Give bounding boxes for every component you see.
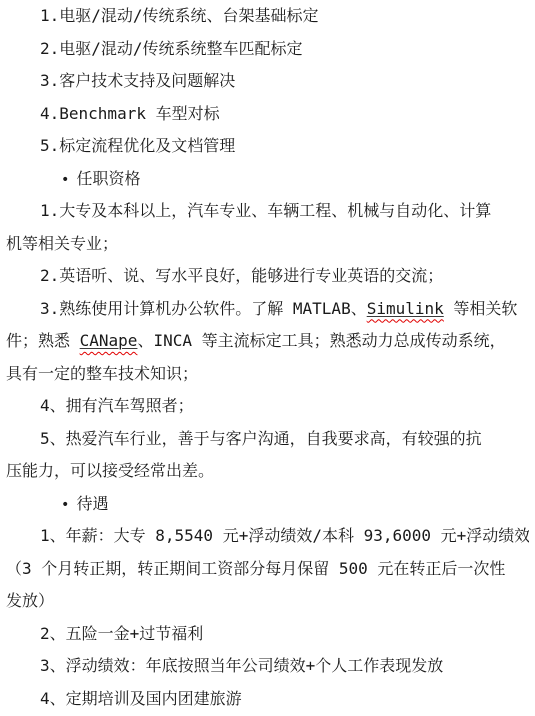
requirement-line-3a-pre: 3.熟练使用计算机办公软件。了解 MATLAB、 xyxy=(40,299,367,318)
spellcheck-squiggle: CANape xyxy=(80,331,138,350)
requirement-line-3a: 3.熟练使用计算机办公软件。了解 MATLAB、Simulink 等相关软 xyxy=(6,293,529,326)
benefit-line-1c: 发放） xyxy=(6,585,529,618)
requirement-line-5b: 压能力，可以接受经常出差。 xyxy=(6,455,529,488)
bullet-icon: • xyxy=(61,164,69,196)
duty-line-3: 3.客户技术支持及问题解决 xyxy=(6,65,529,98)
flagged-word-canape: CANape xyxy=(80,331,138,350)
duty-line-2: 2.电驱/混动/传统系统整车匹配标定 xyxy=(6,33,529,66)
requirement-line-3b: 件；熟悉 CANape、INCA 等主流标定工具；熟悉动力总成传动系统， xyxy=(6,325,529,358)
duty-line-5: 5.标定流程优化及文档管理 xyxy=(6,130,529,163)
duty-line-4: 4.Benchmark 车型对标 xyxy=(6,98,529,131)
requirement-line-5a: 5、热爱汽车行业，善于与客户沟通，自我要求高，有较强的抗 xyxy=(6,423,529,456)
document-page: 1.电驱/混动/传统系统、台架基础标定 2.电驱/混动/传统系统整车匹配标定 3… xyxy=(0,0,535,715)
benefit-line-1a: 1、年薪：大专 8,5540 元+浮动绩效/本科 93,6000 元+浮动绩效 xyxy=(6,520,529,553)
requirement-line-3a-post: 等相关软 xyxy=(444,299,518,318)
section-heading-benefits: •待遇 xyxy=(6,488,529,521)
requirement-line-3b-post: 、INCA 等主流标定工具；熟悉动力总成传动系统， xyxy=(137,331,505,350)
requirement-line-1b: 机等相关专业； xyxy=(6,228,529,261)
section-heading-requirements: •任职资格 xyxy=(6,163,529,196)
requirement-line-4: 4、拥有汽车驾照者； xyxy=(6,390,529,423)
benefit-line-4: 4、定期培训及国内团建旅游 xyxy=(6,683,529,716)
duty-line-1: 1.电驱/混动/传统系统、台架基础标定 xyxy=(6,0,529,33)
benefit-line-1b: （3 个月转正期，转正期间工资部分每月保留 500 元在转正后一次性 xyxy=(6,553,529,586)
requirement-line-1a: 1.大专及本科以上，汽车专业、车辆工程、机械与自动化、计算 xyxy=(6,195,529,228)
benefit-line-3: 3、浮动绩效：年底按照当年公司绩效+个人工作表现发放 xyxy=(6,650,529,683)
flagged-word-simulink: Simulink xyxy=(367,299,444,318)
section-heading-label: 任职资格 xyxy=(76,169,140,188)
requirement-line-2: 2.英语听、说、写水平良好，能够进行专业英语的交流； xyxy=(6,260,529,293)
bullet-icon: • xyxy=(61,489,69,521)
spellcheck-squiggle: Simulink xyxy=(367,299,444,318)
requirement-line-3c: 具有一定的整车技术知识； xyxy=(6,358,529,391)
requirement-line-3b-pre: 件；熟悉 xyxy=(6,331,80,350)
benefit-line-2: 2、五险一金+过节福利 xyxy=(6,618,529,651)
section-heading-label: 待遇 xyxy=(76,494,108,513)
